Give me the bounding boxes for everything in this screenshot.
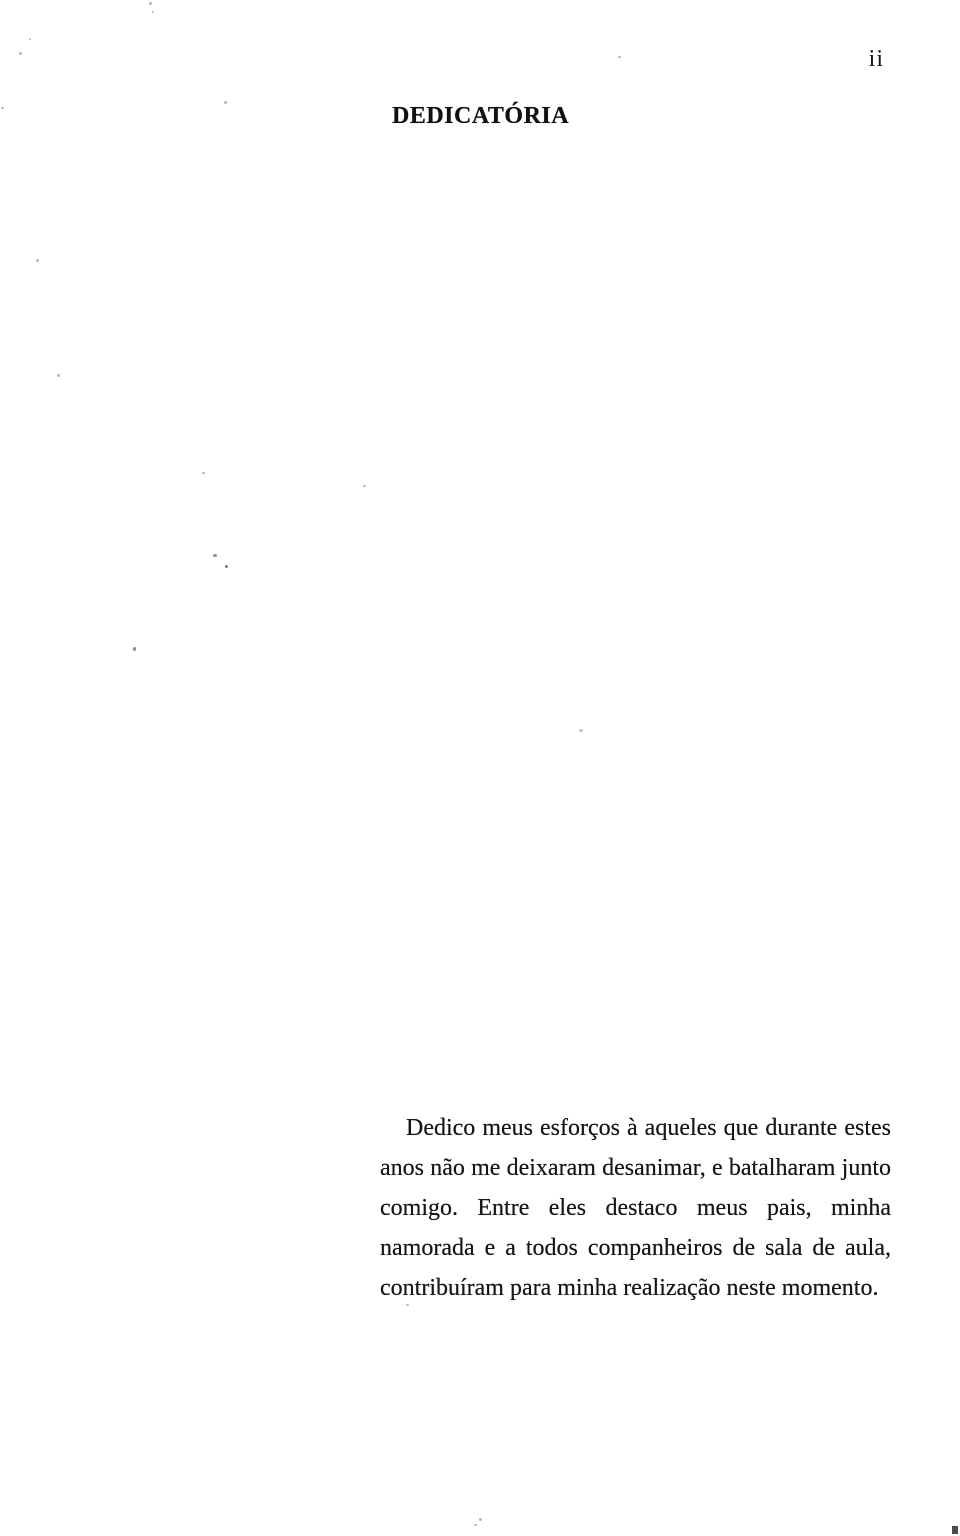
scan-speck	[57, 374, 60, 377]
scan-speck	[579, 729, 583, 732]
scan-speck	[19, 52, 22, 55]
scan-speck	[479, 1518, 482, 1521]
scan-speck	[29, 38, 31, 40]
dedication-paragraph: Dedico meus esforços à aqueles que duran…	[380, 1108, 891, 1308]
scan-speck	[224, 101, 227, 104]
dedication-line-4: namorada e a todos companheiros de sala …	[380, 1228, 891, 1268]
scan-speck	[225, 565, 228, 568]
dedication-line-2: anos não me deixaram desanimar, e batalh…	[380, 1148, 891, 1188]
scan-speck	[618, 56, 621, 58]
page-number: ii	[869, 46, 884, 73]
document-page: ii DEDICATÓRIA Dedico meus esforços à aq…	[0, 0, 960, 1536]
section-heading: DEDICATÓRIA	[392, 103, 569, 130]
dedication-line-5: contribuíram para minha realização neste…	[380, 1268, 891, 1308]
scan-corner-mark	[952, 1526, 958, 1534]
scan-speck	[363, 485, 366, 487]
scan-speck	[1, 107, 4, 109]
scan-speck	[133, 647, 136, 651]
scan-speck	[152, 11, 154, 13]
scan-speck	[149, 2, 152, 5]
scan-speck	[202, 472, 205, 474]
scan-speck	[474, 1524, 477, 1526]
scan-speck	[36, 259, 39, 262]
dedication-line-1: Dedico meus esforços à aqueles que duran…	[380, 1108, 891, 1148]
scan-speck	[213, 554, 217, 557]
scan-speck	[406, 1304, 409, 1306]
dedication-line-3: comigo. Entre eles destaco meus pais, mi…	[380, 1188, 891, 1228]
